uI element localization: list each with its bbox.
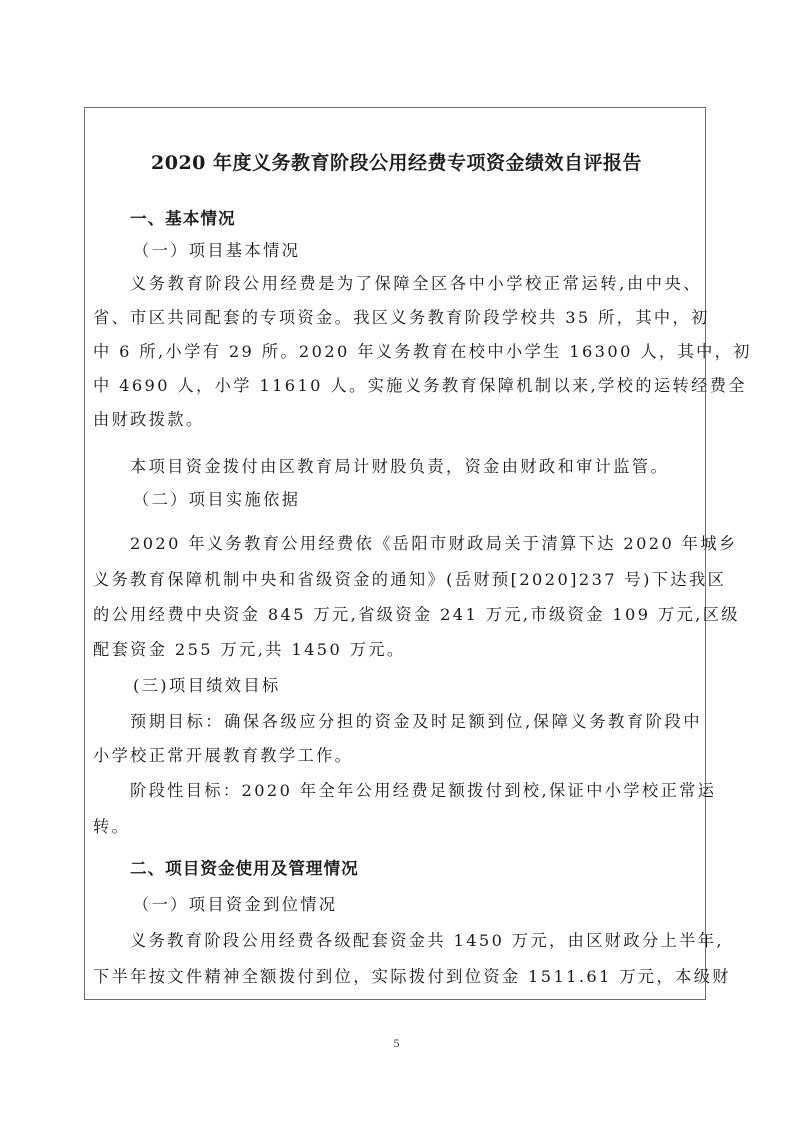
subsection-heading-fund-arrival: （一）项目资金到位情况 — [133, 895, 743, 915]
paragraph-line: 配套资金 255 万元,共 1450 万元。 — [93, 640, 703, 660]
page-number: 5 — [0, 1036, 793, 1051]
section-heading-fund-usage: 二、项目资金使用及管理情况 — [130, 858, 740, 878]
paragraph-line: 的公用经费中央资金 845 万元,省级资金 241 万元,市级资金 109 万元… — [93, 605, 701, 625]
paragraph-line: 预期目标：确保各级应分担的资金及时足额到位,保障义务教育阶段中 — [130, 712, 702, 732]
paragraph-line: 小学校正常开展教育教学工作。 — [93, 746, 703, 766]
paragraph-line: 省、市区共同配套的专项资金。我区义务教育阶段学校共 35 所，其中，初 — [93, 308, 701, 328]
paragraph-line: 本项目资金拨付由区教育局计财股负责，资金由财政和审计监管。 — [130, 457, 740, 477]
paragraph-line: 阶段性目标：2020 年全年公用经费足额拨付到校,保证中小学校正常运 — [130, 781, 702, 801]
paragraph-line: 中 6 所,小学有 29 所。2020 年义务教育在校中小学生 16300 人，… — [93, 342, 701, 362]
paragraph-line: 由财政拨款。 — [93, 410, 703, 430]
document-title: 2020 年度义务教育阶段公用经费专项资金绩效自评报告 — [0, 148, 793, 175]
paragraph-line: 义务教育阶段公用经费是为了保障全区各中小学校正常运转,由中央、 — [130, 274, 702, 294]
paragraph-line: 义务教育保障机制中央和省级资金的通知》(岳财预[2020]237 号)下达我区 — [93, 570, 701, 590]
subsection-heading-implementation-basis: （二）项目实施依据 — [133, 490, 743, 510]
paragraph-line: 转。 — [93, 817, 703, 837]
subsection-heading-project-basics: （一）项目基本情况 — [133, 241, 743, 261]
paragraph-line: 下半年按文件精神全额拨付到位，实际拨付到位资金 1511.61 万元，本级财 — [93, 967, 701, 987]
paragraph-line: 义务教育阶段公用经费各级配套资金共 1450 万元，由区财政分上半年, — [130, 931, 702, 951]
paragraph-line: 2020 年义务教育公用经费依《岳阳市财政局关于清算下达 2020 年城乡 — [130, 534, 702, 554]
paragraph-line: 中 4690 人，小学 11610 人。实施义务教育保障机制以来,学校的运转经费… — [93, 376, 701, 396]
section-heading-basic-info: 一、基本情况 — [130, 208, 740, 228]
subsection-heading-performance-goals: (三)项目绩效目标 — [133, 676, 743, 696]
